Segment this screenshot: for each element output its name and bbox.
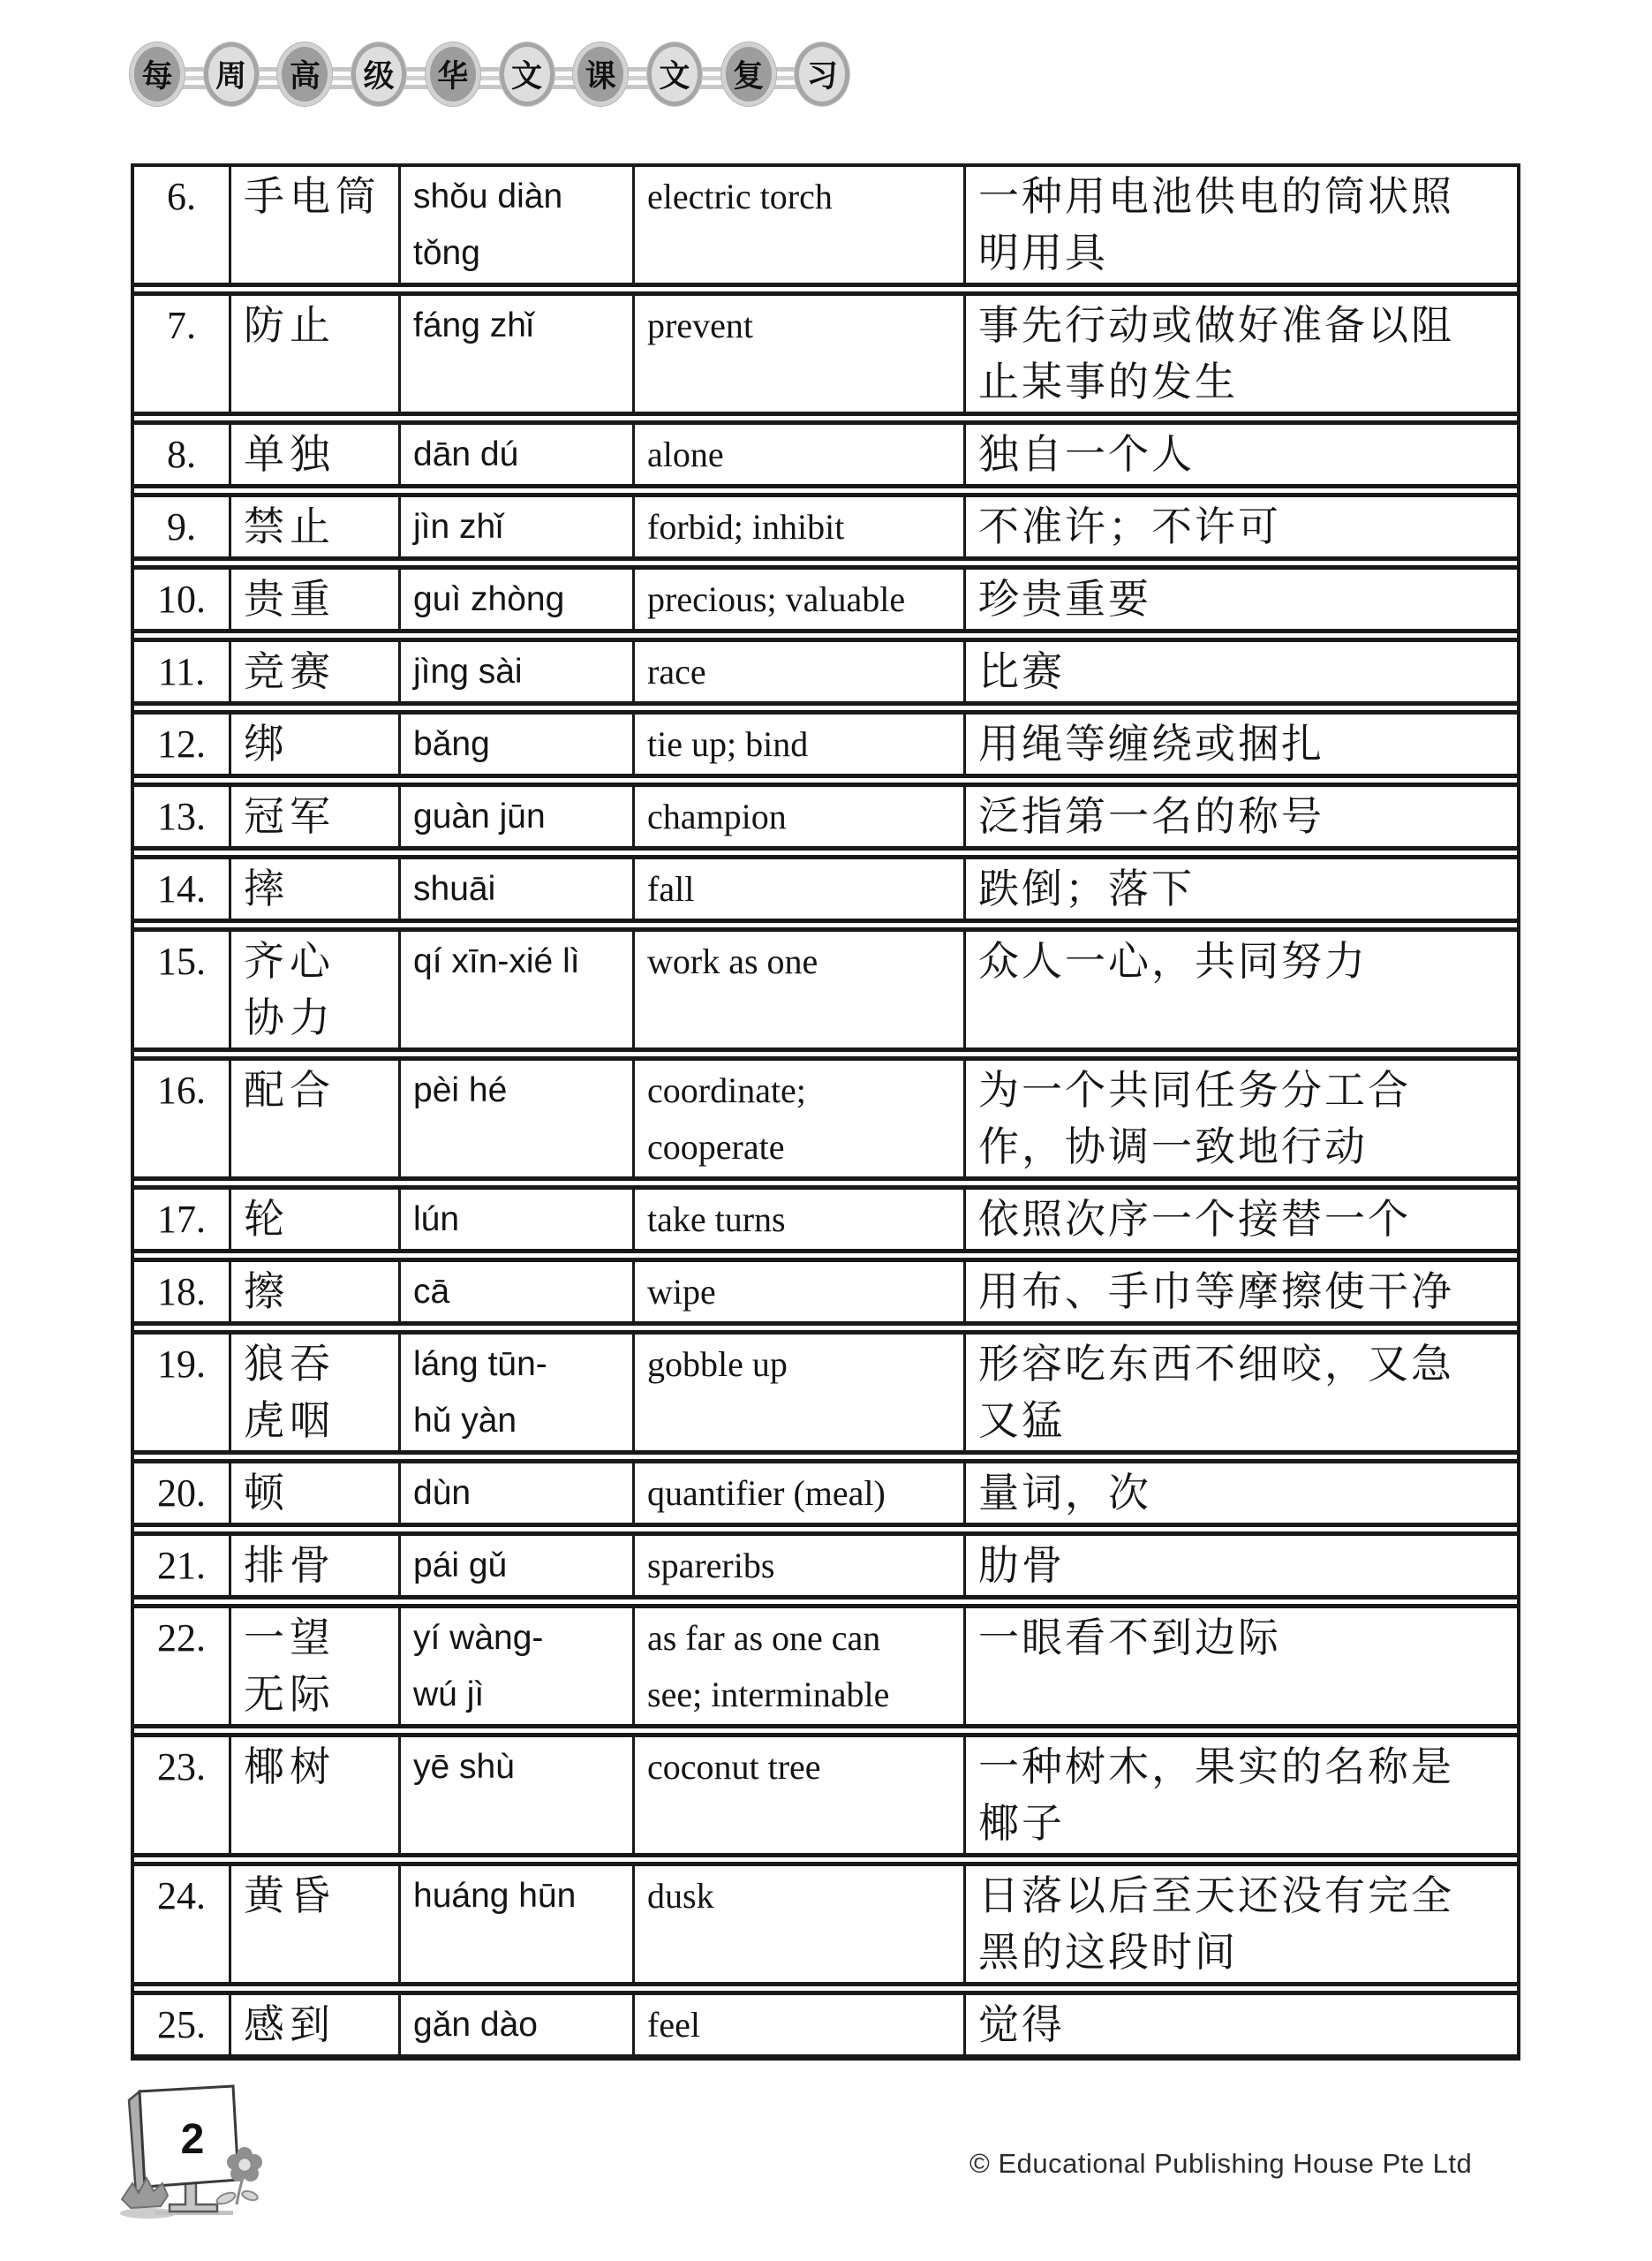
row-number: 8. — [134, 425, 229, 484]
chinese-definition: 泛指第一名的称号 — [963, 787, 1517, 846]
row-number: 23. — [134, 1737, 229, 1853]
pinyin: guàn jūn — [398, 787, 632, 846]
chinese-word: 擦 — [229, 1262, 398, 1321]
english-meaning: as far as one can see; interminable — [632, 1608, 963, 1724]
table-row: 17. 轮 lún take turns 依照次序一个接替一个 — [134, 1176, 1517, 1249]
chinese-definition: 用绳等缠绕或捆扎 — [963, 715, 1517, 774]
table-row: 11. 竞赛 jìng sài race 比赛 — [134, 629, 1517, 701]
title-bubble: 课 — [573, 42, 628, 106]
row-number: 14. — [134, 859, 229, 919]
title-bubble: 文 — [647, 42, 702, 106]
title-character: 文 — [659, 52, 690, 96]
chinese-word: 顿 — [229, 1463, 398, 1523]
pinyin: guì zhòng — [398, 570, 632, 629]
chinese-word: 防止 — [229, 296, 398, 412]
chinese-word: 椰树 — [229, 1737, 398, 1853]
row-number: 12. — [134, 715, 229, 774]
table-row: 6. 手电筒 shǒu diàn tǒng electric torch 一种用… — [134, 167, 1517, 283]
chinese-definition: 一眼看不到边际 — [963, 1608, 1517, 1724]
english-meaning: forbid; inhibit — [632, 497, 963, 556]
chinese-word: 一望 无际 — [229, 1608, 398, 1724]
page-number: 2 — [181, 2116, 205, 2163]
row-number: 15. — [134, 932, 229, 1047]
title-bubble: 周 — [204, 42, 259, 106]
workbook-page: 每 周 高 级 华 文 课 文 复 习 6. 手电筒 shǒu diàn tǒn… — [0, 0, 1652, 2261]
table-row: 22. 一望 无际 yí wàng- wú jì as far as one c… — [134, 1595, 1517, 1724]
chinese-definition: 依照次序一个接替一个 — [963, 1190, 1517, 1249]
table-row: 13. 冠军 guàn jūn champion 泛指第一名的称号 — [134, 774, 1517, 846]
pinyin: fáng zhǐ — [398, 296, 632, 412]
table-row: 25. 感到 gǎn dào feel 觉得 — [134, 1982, 1517, 2054]
row-number: 25. — [134, 1995, 229, 2054]
chinese-word: 感到 — [229, 1995, 398, 2054]
vocabulary-table: 6. 手电筒 shǒu diàn tǒng electric torch 一种用… — [131, 163, 1520, 2061]
chinese-word: 轮 — [229, 1190, 398, 1249]
english-meaning: work as one — [632, 932, 963, 1047]
title-character: 复 — [733, 52, 764, 96]
pinyin: shǒu diàn tǒng — [398, 167, 632, 283]
title-bubble: 复 — [721, 42, 776, 106]
chinese-word: 禁止 — [229, 497, 398, 556]
chinese-definition: 比赛 — [963, 642, 1517, 701]
title-character: 课 — [585, 52, 616, 96]
pinyin: bǎng — [398, 715, 632, 774]
row-number: 18. — [134, 1262, 229, 1321]
english-meaning: precious; valuable — [632, 570, 963, 629]
table-row: 19. 狼吞 虎咽 láng tūn- hǔ yàn gobble up 形容吃… — [134, 1321, 1517, 1450]
pinyin: jìn zhǐ — [398, 497, 632, 556]
pinyin: shuāi — [398, 859, 632, 919]
chinese-definition: 珍贵重要 — [963, 570, 1517, 629]
pinyin: yí wàng- wú jì — [398, 1608, 632, 1724]
chinese-word: 齐心 协力 — [229, 932, 398, 1047]
table-row: 21. 排骨 pái gǔ spareribs 肋骨 — [134, 1523, 1517, 1595]
chinese-definition: 为一个共同任务分工合 作，协调一致地行动 — [963, 1061, 1517, 1176]
pinyin: lún — [398, 1190, 632, 1249]
row-number: 13. — [134, 787, 229, 846]
row-number: 24. — [134, 1866, 229, 1982]
row-number: 22. — [134, 1608, 229, 1724]
title-bubble: 级 — [351, 42, 406, 106]
row-number: 11. — [134, 642, 229, 701]
table-row: 23. 椰树 yē shù coconut tree 一种树木，果实的名称是 椰… — [134, 1724, 1517, 1853]
pinyin: gǎn dào — [398, 1995, 632, 2054]
pinyin: cā — [398, 1262, 632, 1321]
pinyin: yē shù — [398, 1737, 632, 1853]
table-row: 24. 黄昏 huáng hūn dusk 日落以后至天还没有完全 黑的这段时间 — [134, 1853, 1517, 1982]
english-meaning: wipe — [632, 1262, 963, 1321]
row-number: 6. — [134, 167, 229, 283]
chinese-word: 摔 — [229, 859, 398, 919]
pinyin: jìng sài — [398, 642, 632, 701]
row-number: 19. — [134, 1335, 229, 1450]
table-row: 10. 贵重 guì zhòng precious; valuable 珍贵重要 — [134, 556, 1517, 629]
table-row: 7. 防止 fáng zhǐ prevent 事先行动或做好准备以阻 止某事的发… — [134, 283, 1517, 412]
chinese-word: 单独 — [229, 425, 398, 484]
chinese-definition: 量词，次 — [963, 1463, 1517, 1523]
row-number: 16. — [134, 1061, 229, 1176]
title-character: 文 — [511, 52, 542, 96]
title-bubble: 华 — [426, 42, 480, 106]
title-character: 周 — [215, 52, 246, 96]
table-row: 12. 绑 bǎng tie up; bind 用绳等缠绕或捆扎 — [134, 701, 1517, 774]
table-row: 18. 擦 cā wipe 用布、手巾等摩擦使干净 — [134, 1249, 1517, 1321]
chinese-definition: 用布、手巾等摩擦使干净 — [963, 1262, 1517, 1321]
pinyin: qí xīn-xié lì — [398, 932, 632, 1047]
chinese-word: 黄昏 — [229, 1866, 398, 1982]
english-meaning: spareribs — [632, 1536, 963, 1595]
chinese-definition: 跌倒；落下 — [963, 859, 1517, 919]
pinyin: láng tūn- hǔ yàn — [398, 1335, 632, 1450]
row-number: 10. — [134, 570, 229, 629]
chinese-definition: 独自一个人 — [963, 425, 1517, 484]
english-meaning: coordinate; cooperate — [632, 1061, 963, 1176]
row-number: 20. — [134, 1463, 229, 1523]
title-character: 华 — [437, 52, 468, 96]
chinese-word: 狼吞 虎咽 — [229, 1335, 398, 1450]
title-character: 习 — [807, 52, 838, 96]
page-number-sign: 2 — [115, 2081, 272, 2227]
chinese-word: 贵重 — [229, 570, 398, 629]
chinese-word: 绑 — [229, 715, 398, 774]
title-bubble: 习 — [795, 42, 849, 106]
row-number: 21. — [134, 1536, 229, 1595]
chinese-word: 冠军 — [229, 787, 398, 846]
chinese-definition: 一种用电池供电的筒状照 明用具 — [963, 167, 1517, 283]
english-meaning: electric torch — [632, 167, 963, 283]
title-character: 高 — [290, 52, 321, 96]
chinese-definition: 肋骨 — [963, 1536, 1517, 1595]
title-character: 每 — [141, 52, 172, 96]
row-number: 17. — [134, 1190, 229, 1249]
pinyin: dān dú — [398, 425, 632, 484]
english-meaning: champion — [632, 787, 963, 846]
table-row: 14. 摔 shuāi fall 跌倒；落下 — [134, 846, 1517, 919]
table-row: 16. 配合 pèi hé coordinate; cooperate 为一个共… — [134, 1047, 1517, 1176]
title-character: 级 — [364, 52, 395, 96]
pinyin: dùn — [398, 1463, 632, 1523]
flower-leaf — [215, 2190, 237, 2206]
english-meaning: alone — [632, 425, 963, 484]
english-meaning: quantifier (meal) — [632, 1463, 963, 1523]
english-meaning: gobble up — [632, 1335, 963, 1450]
table-row: 20. 顿 dùn quantifier (meal) 量词，次 — [134, 1450, 1517, 1523]
table-row: 15. 齐心 协力 qí xīn-xié lì work as one 众人一心… — [134, 919, 1517, 1047]
chinese-definition: 事先行动或做好准备以阻 止某事的发生 — [963, 296, 1517, 412]
title-bubble: 高 — [277, 42, 332, 106]
copyright-notice: © Educational Publishing House Pte Ltd — [969, 2148, 1517, 2180]
row-number: 7. — [134, 296, 229, 412]
english-meaning: coconut tree — [632, 1737, 963, 1853]
chinese-word: 排骨 — [229, 1536, 398, 1595]
english-meaning: dusk — [632, 1866, 963, 1982]
english-meaning: tie up; bind — [632, 715, 963, 774]
chinese-definition: 众人一心，共同努力 — [963, 932, 1517, 1047]
table-row: 9. 禁止 jìn zhǐ forbid; inhibit 不准许；不许可 — [134, 484, 1517, 556]
english-meaning: prevent — [632, 296, 963, 412]
pinyin: huáng hūn — [398, 1866, 632, 1982]
chinese-definition: 觉得 — [963, 1995, 1517, 2054]
chinese-definition: 一种树木，果实的名称是 椰子 — [963, 1737, 1517, 1853]
pinyin: pèi hé — [398, 1061, 632, 1176]
english-meaning: feel — [632, 1995, 963, 2054]
flower-leaf — [241, 2189, 259, 2202]
row-number: 9. — [134, 497, 229, 556]
chinese-definition: 形容吃东西不细咬，又急 又猛 — [963, 1335, 1517, 1450]
chinese-word: 配合 — [229, 1061, 398, 1176]
chinese-definition: 不准许；不许可 — [963, 497, 1517, 556]
english-meaning: race — [632, 642, 963, 701]
chinese-word: 竞赛 — [229, 642, 398, 701]
table-row: 8. 单独 dān dú alone 独自一个人 — [134, 412, 1517, 484]
title-bubble: 文 — [500, 42, 554, 106]
english-meaning: fall — [632, 859, 963, 919]
chinese-definition: 日落以后至天还没有完全 黑的这段时间 — [963, 1866, 1517, 1982]
english-meaning: take turns — [632, 1190, 963, 1249]
title-bubble: 每 — [130, 42, 185, 106]
pinyin: pái gǔ — [398, 1536, 632, 1595]
chinese-word: 手电筒 — [229, 167, 398, 283]
